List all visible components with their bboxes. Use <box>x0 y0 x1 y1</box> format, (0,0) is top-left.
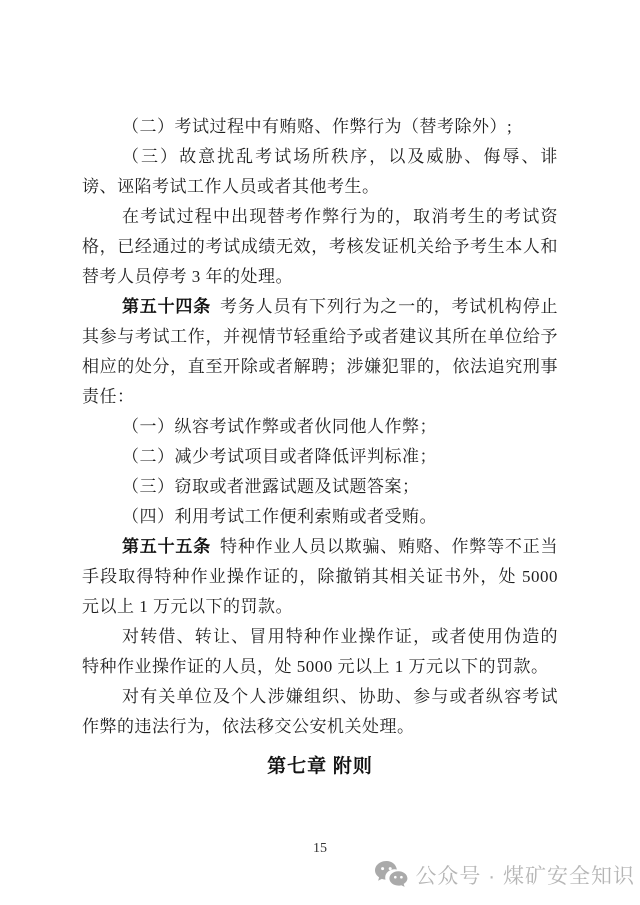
paragraph: （一）纵容考试作弊或者伙同他人作弊； <box>82 412 558 442</box>
paragraph-text: 对转借、转让、冒用特种作业操作证，或者使用伪造的特种作业操作证的人员，处 500… <box>82 627 558 676</box>
page-number: 15 <box>0 841 640 857</box>
paragraph-text: （二）考试过程中有贿赂、作弊行为（替考除外）; <box>122 117 512 136</box>
paragraph: 第五十四条考务人员有下列行为之一的，考试机构停止其参与考试工作，并视情节轻重给予… <box>82 292 558 412</box>
paragraph-text: 在考试过程中出现替考作弊行为的，取消考生的考试资格，已经通过的考试成绩无效，考核… <box>82 207 558 286</box>
wechat-icon <box>374 860 408 890</box>
paragraph: 第五十五条特种作业人员以欺骗、贿赂、作弊等不正当手段取得特种作业操作证的，除撤销… <box>82 532 558 622</box>
paragraph: 对有关单位及个人涉嫌组织、协助、参与或者纵容考试作弊的违法行为，依法移交公安机关… <box>82 682 558 742</box>
paragraph-text: （四）利用考试工作便利索贿或者受贿。 <box>122 507 437 526</box>
paragraph: 对转借、转让、冒用特种作业操作证，或者使用伪造的特种作业操作证的人员，处 500… <box>82 622 558 682</box>
paragraph-text: （一）纵容考试作弊或者伙同他人作弊； <box>122 417 437 436</box>
chapter-heading: 第七章 附则 <box>0 751 640 778</box>
paragraph-text: （三）窃取或者泄露试题及试题答案； <box>122 477 420 496</box>
paragraph-text: （二）减少考试项目或者降低评判标准； <box>122 447 437 466</box>
article-number: 第五十四条 <box>122 297 211 316</box>
paragraph-text: （三）故意扰乱考试场所秩序，以及威胁、侮辱、诽谤、诬陷考试工作人员或者其他考生。 <box>82 147 558 196</box>
paragraph-text: 对有关单位及个人涉嫌组织、协助、参与或者纵容考试作弊的违法行为，依法移交公安机关… <box>82 687 558 736</box>
document-page: （二）考试过程中有贿赂、作弊行为（替考除外）;（三）故意扰乱考试场所秩序，以及威… <box>0 0 640 905</box>
paragraph: （二）减少考试项目或者降低评判标准； <box>82 442 558 472</box>
paragraph: （二）考试过程中有贿赂、作弊行为（替考除外）; <box>82 112 558 142</box>
watermark: 公众号 · 煤矿安全知识 <box>374 860 635 890</box>
watermark-label: 公众号 · 煤矿安全知识 <box>415 860 635 890</box>
paragraph: （三）故意扰乱考试场所秩序，以及威胁、侮辱、诽谤、诬陷考试工作人员或者其他考生。 <box>82 142 558 202</box>
paragraph: （三）窃取或者泄露试题及试题答案； <box>82 472 558 502</box>
paragraph: （四）利用考试工作便利索贿或者受贿。 <box>82 502 558 532</box>
article-number: 第五十五条 <box>122 537 211 556</box>
paragraph: 在考试过程中出现替考作弊行为的，取消考生的考试资格，已经通过的考试成绩无效，考核… <box>82 202 558 292</box>
document-body: （二）考试过程中有贿赂、作弊行为（替考除外）;（三）故意扰乱考试场所秩序，以及威… <box>82 112 558 742</box>
